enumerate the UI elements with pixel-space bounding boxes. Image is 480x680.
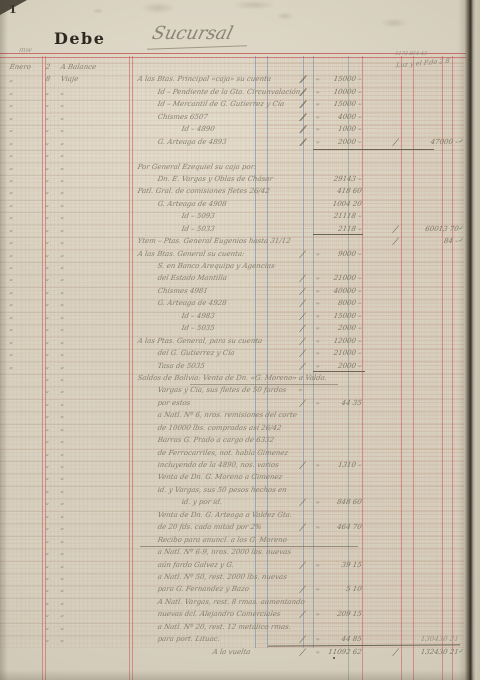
amount-detail: 2000 – — [321, 138, 362, 146]
day-cell: 8 — [45, 75, 51, 83]
account-cell: „ — [60, 88, 65, 96]
debit-title: Debe — [54, 29, 105, 48]
day-cell: „ — [45, 113, 50, 121]
account-cell: „ — [60, 138, 65, 146]
day-cell: „ — [45, 623, 50, 631]
amount-total: 47000 – — [396, 138, 459, 146]
month-cell: „ — [9, 262, 14, 270]
account-cell: „ — [60, 548, 65, 556]
entry-text: por estos — [157, 399, 191, 407]
amount-detail: 44 85 — [321, 635, 362, 643]
day-cell: „ — [45, 585, 50, 593]
day-cell: „ — [45, 473, 50, 481]
ledger-row: „„„Id – 4983∕=15000 – — [0, 311, 464, 323]
amount-detail: 209 15 — [321, 610, 362, 618]
day-cell: „ — [45, 362, 50, 370]
ledger-row: „„nuevas dcl. Alejandro Comerciales∕=209… — [0, 609, 464, 621]
ledger-row: „„„del G. Gutierrez y Cía∕=21000 – — [0, 348, 464, 360]
entry-underline — [190, 384, 338, 385]
amount-detail: 8000 – — [321, 299, 362, 307]
day-cell: „ — [45, 200, 50, 208]
amount-detail: 21118 – — [321, 212, 362, 220]
ledger-row: „„„Id – 50332118 –∕60013 70✓ — [0, 224, 464, 236]
account-cell: „ — [60, 287, 65, 295]
day-cell: „ — [45, 374, 50, 382]
paper-stain — [380, 18, 408, 28]
day-cell: „ — [45, 386, 50, 394]
entry-text: Saldos de Bolivia: Venta de Dn. «G. More… — [137, 374, 328, 382]
amount-detail: 2000 – — [321, 362, 362, 370]
amount-detail: 40000 – — [321, 287, 362, 295]
account-cell: „ — [60, 424, 65, 432]
day-cell: „ — [45, 212, 50, 220]
day-cell: „ — [45, 399, 50, 407]
entry-text: de 20 fds. cada mitad por 2% — [157, 523, 262, 531]
ledger-row: „„de 20 fds. cada mitad por 2%∕=464 70 — [0, 522, 464, 534]
entry-text: nuevas dcl. Alejandro Comerciales — [157, 610, 281, 618]
day-cell: „ — [45, 411, 50, 419]
account-cell: „ — [60, 436, 65, 444]
ledger-rows: Enero2A Balance„8ViajeA las Btas. Princi… — [0, 62, 464, 659]
account-cell: „ — [60, 212, 65, 220]
month-cell: „ — [9, 287, 14, 295]
account-cell: „ — [60, 399, 65, 407]
day-cell: „ — [45, 573, 50, 581]
branch-title: Sucursal — [150, 23, 235, 44]
account-cell: „ — [60, 113, 65, 121]
ledger-row: „„„G. Arteaga de 49081004 20 — [0, 199, 464, 211]
equals-mark: = — [315, 140, 320, 146]
ledger-row: „„a Natl. Nº 6, nros. remisiones del cor… — [0, 410, 464, 422]
entry-text: G. Arteaga de 4928 — [157, 299, 227, 307]
ledger-row: Enero2A Balance — [0, 62, 464, 74]
entry-text: para G. Fernandez y Bazo — [157, 585, 250, 593]
ledger-row: „„de Ferrocarriles, not. habla Gimenez — [0, 448, 464, 460]
account-cell: „ — [60, 486, 65, 494]
account-cell: „ — [60, 536, 65, 544]
day-cell: „ — [45, 175, 50, 183]
paper-stain — [232, 0, 276, 10]
entry-text: Venta de Dn. G. Arteaga a Valdez Gta. — [157, 511, 293, 519]
book-edge — [458, 0, 480, 680]
entry-text: Vargas y Cía, sus fletes de 50 fardos — [157, 386, 287, 394]
amount-total: 132430 21 — [396, 648, 459, 656]
entry-text: Id – 4890 — [181, 125, 215, 133]
month-cell: „ — [9, 125, 14, 133]
account-cell: „ — [60, 262, 65, 270]
ledger-row: „„id. y por id.∕=848 60 — [0, 497, 464, 509]
ledger-page: 1 Debe Sucursal mw 1173 854 43 Luz y el … — [0, 0, 480, 680]
ledger-row: „„„Patl. Gral. de comisiones fletes 26/4… — [0, 186, 464, 198]
account-cell: „ — [60, 449, 65, 457]
amount-detail: 1004 20 — [321, 200, 362, 208]
entry-text: Recibo para anuncl. a los G. Moreno — [157, 536, 288, 544]
entry-text: Dn. E. Vargas y Oblas de Chásar — [157, 175, 273, 183]
ledger-row: „„incluyendo de la 4890, nos. varios∕=13… — [0, 460, 464, 472]
month-cell: „ — [9, 312, 14, 320]
entry-text: aún fardo Galvez y G. — [157, 561, 234, 569]
account-cell: „ — [60, 225, 65, 233]
account-cell: Viaje — [60, 75, 79, 83]
entry-text: a Natl. Nº 20, rest. 12 metálico rmas. — [157, 623, 292, 631]
day-cell: „ — [45, 274, 50, 282]
month-cell: „ — [9, 138, 14, 146]
entry-text: del G. Gutierrez y Cía — [157, 349, 235, 357]
account-cell: „ — [60, 561, 65, 569]
account-cell: „ — [60, 200, 65, 208]
month-cell: „ — [9, 299, 14, 307]
paper-stain — [276, 12, 294, 20]
ledger-row: „„a Natl. Nº 50, rest. 2000 lbs. nuevas — [0, 572, 464, 584]
entry-text: A Natl. Vargas, rest. 8 rmas. aumentando — [157, 598, 305, 606]
equals-mark: = — [315, 326, 320, 332]
month-cell: „ — [9, 324, 14, 332]
equals-mark: = — [315, 364, 320, 370]
equals-mark: = — [315, 339, 320, 345]
ledger-row: „„„A las Ptas. General, para su cuenta∕=… — [0, 336, 464, 348]
entry-text: a Natl. Nº 6-9, nros. 2000 lbs. nuevas — [157, 548, 292, 556]
account-cell: „ — [60, 100, 65, 108]
day-cell: „ — [45, 511, 50, 519]
sum-line — [313, 371, 365, 372]
account-cell: „ — [60, 623, 65, 631]
day-cell: „ — [45, 100, 50, 108]
ledger-row: „„„Id – 509321118 – — [0, 211, 464, 223]
day-cell: „ — [45, 250, 50, 258]
day-cell: „ — [45, 424, 50, 432]
amount-detail: 464 70 — [321, 523, 362, 531]
day-cell: „ — [45, 125, 50, 133]
account-cell: „ — [60, 386, 65, 394]
day-cell: „ — [45, 237, 50, 245]
amount-detail: 1000 – — [321, 125, 362, 133]
month-cell: „ — [9, 274, 14, 282]
day-cell: „ — [45, 449, 50, 457]
amount-detail: 44 35 — [321, 399, 362, 407]
day-cell: „ — [45, 324, 50, 332]
ledger-row: „„„Chismes 4981∕=40000 – — [0, 286, 464, 298]
ledger-row: „„Barras G. Prado a cargo de 6332 — [0, 435, 464, 447]
account-cell: „ — [60, 374, 65, 382]
entry-text: a Natl. Nº 50, rest. 2000 lbs. nuevas — [157, 573, 288, 581]
ledger-row: „„„S. en Banco Arequipa y Agencias — [0, 261, 464, 273]
day-cell: „ — [45, 88, 50, 96]
equals-mark: = — [315, 525, 320, 531]
amount-detail: 39 15 — [321, 561, 362, 569]
sum-line — [313, 234, 363, 235]
equals-mark: = — [315, 314, 320, 320]
account-cell: „ — [60, 187, 65, 195]
day-cell: „ — [45, 225, 50, 233]
account-cell: „ — [60, 362, 65, 370]
entry-text: Chismes 4981 — [157, 287, 208, 295]
paper-spot — [298, 388, 303, 392]
account-cell: „ — [60, 274, 65, 282]
account-cell: „ — [60, 573, 65, 581]
amount-detail: 21000 – — [321, 274, 362, 282]
ledger-row: „„Venta de Dn. G. Arteaga a Valdez Gta. — [0, 510, 464, 522]
day-cell: „ — [45, 163, 50, 171]
ledger-row: „„A Natl. Vargas, rest. 8 rmas. aumentan… — [0, 597, 464, 609]
day-cell: „ — [45, 337, 50, 345]
sum-line — [313, 149, 434, 150]
page-number: 1 — [9, 3, 17, 16]
ledger-row: „„„G. Arteaga de 4928∕=8000 – — [0, 298, 464, 310]
month-cell: „ — [9, 362, 14, 370]
entry-text: A la vuelta — [212, 648, 251, 656]
day-cell: „ — [45, 548, 50, 556]
ledger-row: „„de 10000 lbs. compradas así 26/42 — [0, 423, 464, 435]
day-cell: „ — [45, 536, 50, 544]
page-left-edge — [0, 0, 8, 680]
account-cell: „ — [60, 498, 65, 506]
entry-text: Tasa de 5035 — [157, 362, 205, 370]
entry-text: Id – Mercantil de G. Gutierrez y Cía — [157, 100, 285, 108]
account-cell: „ — [60, 411, 65, 419]
day-cell: „ — [45, 262, 50, 270]
account-cell: „ — [60, 150, 65, 158]
month-cell: „ — [9, 250, 14, 258]
ledger-row: „„id. y Vargas, sus 50 pesos hechos en — [0, 485, 464, 497]
amount-detail: 15000 – — [321, 75, 362, 83]
ledger-row: „„„Id – 4890∕∕=1000 – — [0, 124, 464, 136]
amount-detail: 4000 – — [321, 113, 362, 121]
entry-text: Venta de Dn. G. Moreno a Gimenez — [157, 473, 283, 481]
month-cell: „ — [9, 113, 14, 121]
ledger-row: „„„Ytem – Ptas. General Eugenios hasta 3… — [0, 236, 464, 248]
ledger-row: „„aún fardo Galvez y G.∕=39 15 — [0, 560, 464, 572]
ledger-row: „„„A las Btas. General su cuenta:∕=9000 … — [0, 249, 464, 261]
amount-detail: 29143 – — [321, 175, 362, 183]
account-cell: „ — [60, 635, 65, 643]
entry-text: Chismes 6507 — [157, 113, 208, 121]
entry-text: G. Arteaga de 4908 — [157, 200, 227, 208]
ledger-row: A la vuelta∕=11092 62∕132430 21✓ — [0, 647, 464, 659]
ledger-row: „„„del Estado Mantilla∕=21000 – — [0, 273, 464, 285]
amount-detail: 15000 – — [321, 312, 362, 320]
month-cell: „ — [9, 237, 14, 245]
equals-mark: = — [315, 127, 320, 133]
account-cell: „ — [60, 511, 65, 519]
amount-detail: 5 10 — [321, 585, 362, 593]
equals-mark: = — [315, 301, 320, 307]
entry-text: A las Btas. General su cuenta: — [137, 250, 245, 258]
ledger-row: „„„Chismes 6507∕∕=4000 – — [0, 112, 464, 124]
day-cell: „ — [45, 287, 50, 295]
account-cell: „ — [60, 175, 65, 183]
month-cell: „ — [9, 175, 14, 183]
account-cell: „ — [60, 312, 65, 320]
branch-title-flourish — [147, 45, 247, 49]
month-cell: Enero — [9, 63, 32, 71]
month-cell: „ — [9, 200, 14, 208]
amount-total: 60013 70 — [396, 225, 459, 233]
amount-detail: 12000 – — [321, 337, 362, 345]
amount-detail: 2118 – — [321, 225, 362, 233]
month-cell: „ — [9, 163, 14, 171]
day-cell: „ — [45, 561, 50, 569]
day-cell: „ — [45, 349, 50, 357]
day-cell: „ — [45, 436, 50, 444]
amount-detail: 9000 – — [321, 250, 362, 258]
day-cell: „ — [45, 312, 50, 320]
amount-total: 130430 21 — [396, 635, 459, 643]
equals-mark: = — [315, 77, 320, 83]
ledger-row: „„Vargas y Cía, sus fletes de 50 fardos — [0, 385, 464, 397]
account-cell: „ — [60, 299, 65, 307]
paper-stain — [140, 2, 176, 14]
amount-detail: 848 60 — [321, 498, 362, 506]
amount-detail: 21000 – — [321, 349, 362, 357]
entry-text: del Estado Mantilla — [157, 274, 228, 282]
entry-text: id. y por id. — [181, 498, 223, 506]
account-cell: „ — [60, 349, 65, 357]
amount-detail: 15000 – — [321, 100, 362, 108]
ledger-row: „8ViajeA las Btas. Principal «caja» su c… — [0, 74, 464, 86]
month-cell: „ — [9, 337, 14, 345]
entry-text: Id – Pendiente de la Gta. Circunvalación — [157, 88, 301, 96]
equals-mark: = — [315, 637, 320, 643]
account-cell: „ — [60, 250, 65, 258]
ledger-row: „„„Tasa de 5035∕=2000 – — [0, 361, 464, 373]
month-cell: „ — [9, 75, 14, 83]
account-cell: „ — [60, 585, 65, 593]
month-cell: „ — [9, 88, 14, 96]
entry-text: Id – 5093 — [181, 212, 215, 220]
entry-underline — [140, 546, 358, 547]
amount-total: 84 – — [396, 237, 459, 245]
amount-detail: 2000 – — [321, 324, 362, 332]
month-cell: „ — [9, 225, 14, 233]
paper-stain — [92, 8, 104, 14]
month-cell: „ — [9, 349, 14, 357]
account-cell: „ — [60, 473, 65, 481]
ledger-row: „„„Dn. E. Vargas y Oblas de Chásar29143 … — [0, 174, 464, 186]
entry-text: Barras G. Prado a cargo de 6332 — [157, 436, 275, 444]
equals-mark: = — [315, 102, 320, 108]
ledger-row: „„a Natl. Nº 20, rest. 12 metálico rmas. — [0, 622, 464, 634]
entry-text: Id – 5033 — [181, 225, 215, 233]
day-cell: „ — [45, 635, 50, 643]
amount-detail: 1310 – — [321, 461, 362, 469]
entry-text: A las Ptas. General, para su cuenta — [137, 337, 263, 345]
account-cell: „ — [60, 598, 65, 606]
day-cell: „ — [45, 486, 50, 494]
ledger-row: „„por estos∕=44 35 — [0, 398, 464, 410]
ledger-row: „„Venta de Dn. G. Moreno a Gimenez — [0, 472, 464, 484]
equals-mark: = — [315, 252, 320, 258]
entry-text: incluyendo de la 4890, nos. varios — [157, 461, 279, 469]
entry-text: Por General Ezequiel su caja por: — [137, 163, 257, 171]
account-cell: „ — [60, 163, 65, 171]
entry-text: de Ferrocarriles, not. habla Gimenez — [157, 449, 289, 457]
day-cell: „ — [45, 138, 50, 146]
month-cell: „ — [9, 150, 14, 158]
entry-text: Patl. Gral. de comisiones fletes 26/42 — [137, 187, 270, 195]
entry-text: A las Btas. Principal «caja» su cuenta — [137, 75, 272, 83]
day-cell: „ — [45, 187, 50, 195]
ledger-row: „„„G. Arteaga de 4893∕∕=2000 –∕47000 –✓ — [0, 137, 464, 149]
pencil-note: 1173 854 43 — [394, 51, 427, 57]
entry-text: S. en Banco Arequipa y Agencias — [157, 262, 275, 270]
ledger-row: „„„Por General Ezequiel su caja por: — [0, 162, 464, 174]
equals-mark: = — [315, 115, 320, 121]
amount-detail: 418 60 — [321, 187, 362, 195]
equals-mark: = — [315, 500, 320, 506]
equals-mark: = — [315, 351, 320, 357]
month-cell: „ — [9, 212, 14, 220]
account-cell: „ — [60, 461, 65, 469]
day-cell: „ — [45, 523, 50, 531]
ledger-row: „„para G. Fernandez y Bazo∕=5 10 — [0, 584, 464, 596]
equals-mark: = — [315, 563, 320, 569]
equals-mark: = — [315, 612, 320, 618]
account-cell: „ — [60, 523, 65, 531]
account-cell: „ — [60, 125, 65, 133]
month-cell: „ — [9, 187, 14, 195]
day-cell: „ — [45, 610, 50, 618]
equals-mark: = — [315, 587, 320, 593]
equals-mark: = — [315, 650, 320, 656]
ink-dot — [333, 657, 335, 659]
entry-text: Id – 4983 — [181, 312, 215, 320]
ledger-row: „„a Natl. Nº 6-9, nros. 2000 lbs. nuevas — [0, 547, 464, 559]
ledger-row: „„„Id – 5035∕=2000 – — [0, 323, 464, 335]
entry-text: de 10000 lbs. compradas así 26/42 — [157, 424, 282, 432]
equals-mark: = — [315, 276, 320, 282]
page-bottom-edge — [0, 670, 480, 680]
entry-text: G. Arteaga de 4893 — [157, 138, 227, 146]
day-cell: „ — [45, 150, 50, 158]
day-cell: „ — [45, 299, 50, 307]
entry-text: Id – 5035 — [181, 324, 215, 332]
entry-text: a Natl. Nº 6, nros. remisiones del corte — [157, 411, 298, 419]
day-cell: „ — [45, 461, 50, 469]
equals-mark: = — [315, 401, 320, 407]
month-cell: „ — [9, 100, 14, 108]
account-cell: „ — [60, 610, 65, 618]
ledger-row: „„„Id – Pendiente de la Gta. Circunvalac… — [0, 87, 464, 99]
ledger-row: „„„ — [0, 149, 464, 161]
entry-text: Ytem – Ptas. General Eugenios hasta 31/1… — [137, 237, 291, 245]
equals-mark: = — [315, 90, 320, 96]
day-cell: „ — [45, 598, 50, 606]
day-cell: 2 — [45, 63, 51, 71]
account-cell: „ — [60, 324, 65, 332]
account-cell: „ — [60, 337, 65, 345]
equals-mark: = — [315, 463, 320, 469]
account-cell: A Balance — [60, 63, 97, 71]
amount-detail: 10000 – — [321, 88, 362, 96]
equals-mark: = — [315, 289, 320, 295]
account-cell: „ — [60, 237, 65, 245]
entry-text: id. y Vargas, sus 50 pesos hechos en — [157, 486, 287, 494]
ledger-row: „„„Id – Mercantil de G. Gutierrez y Cía∕… — [0, 99, 464, 111]
day-cell: „ — [45, 498, 50, 506]
entry-text: para port. Lituac. — [157, 635, 221, 643]
pencil-squiggle: mw — [18, 46, 33, 54]
amount-detail: 11092 62 — [321, 648, 362, 656]
